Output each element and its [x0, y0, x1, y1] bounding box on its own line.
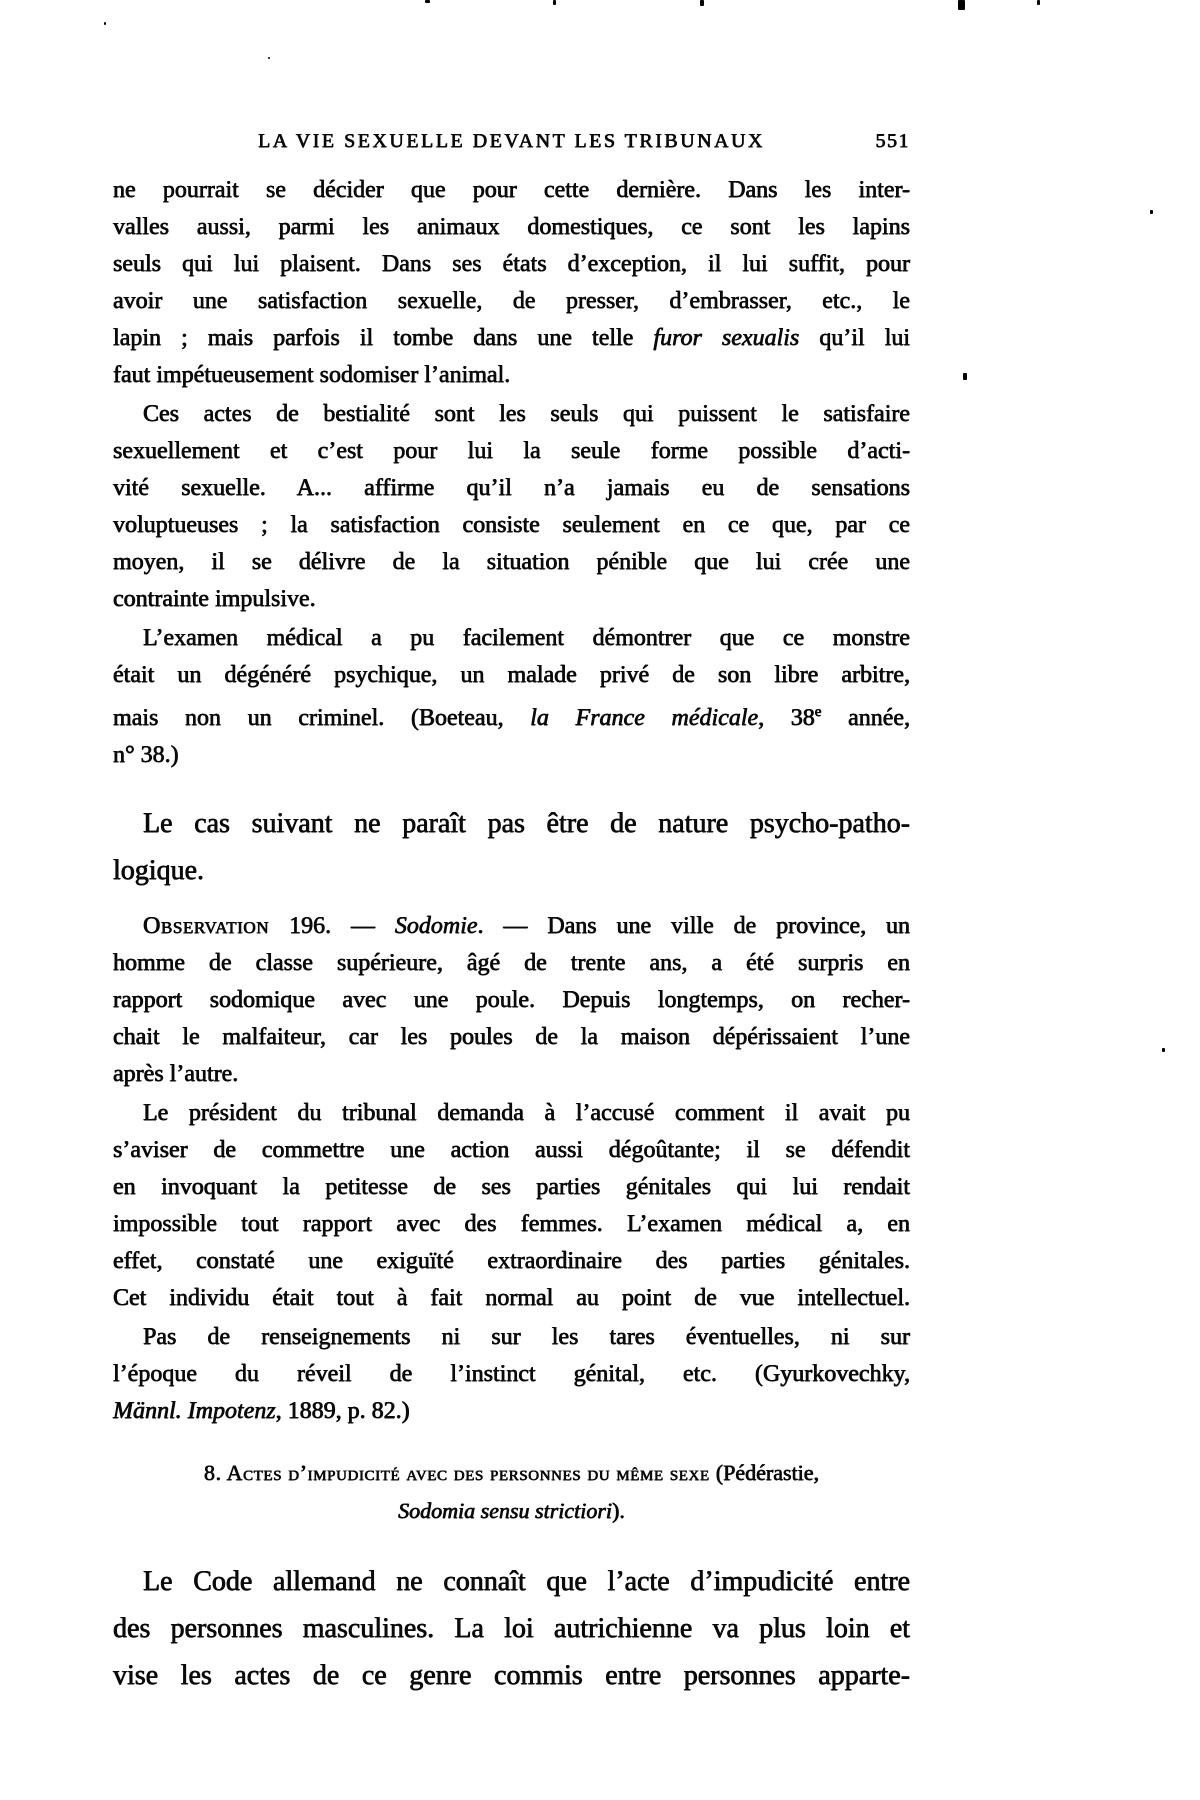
text-segment: sexuellement et c’est pour lui la seule … — [113, 438, 910, 464]
text-segment: 8. Actes d’impudicité avec des personnes… — [204, 1460, 716, 1485]
text-segment: 196. — — [269, 913, 395, 939]
text-segment: furor sexualis — [653, 325, 799, 351]
text-line: contrainte impulsive. — [113, 581, 910, 618]
scan-artifact — [425, 0, 430, 3]
text-line: Le cas suivant ne paraît pas être de nat… — [113, 800, 910, 847]
text-segment: effet, constaté une exiguïté extraordina… — [113, 1248, 910, 1274]
text-segment: vise les actes de ce genre commis entre … — [113, 1660, 910, 1691]
text-line: des personnes masculines. La loi autrich… — [113, 1605, 910, 1652]
scan-artifact — [1150, 210, 1153, 214]
text-segment: l’époque du réveil de l’instinct génital… — [113, 1361, 910, 1387]
text-line: L’examen médical a pu facilement démontr… — [113, 620, 910, 657]
text-line: avoir une satisfaction sexuelle, de pres… — [113, 283, 910, 320]
text-segment: Observation — [143, 913, 269, 939]
text-segment: , 1889, p. 82.) — [276, 1398, 410, 1424]
text-segment: avoir une satisfaction sexuelle, de pres… — [113, 288, 910, 314]
scan-artifact — [700, 0, 704, 6]
text-segment: Pas de renseignements ni sur les tares é… — [143, 1324, 910, 1350]
text-line: n° 38.) — [113, 737, 910, 774]
text-segment: Sodomie — [395, 913, 478, 939]
text-line: logique. — [113, 847, 910, 894]
observation-196-paragraph: Observation 196. — Sodomie. — Dans une v… — [113, 908, 910, 1093]
continuation-paragraph: ne pourrait se décider que pour cette de… — [113, 172, 910, 394]
page-title: LA VIE SEXUELLE DEVANT LES TRIBUNAUX — [258, 130, 765, 152]
scan-artifact — [104, 22, 106, 25]
text-segment: , 38 — [758, 705, 815, 731]
text-segment: vité sexuelle. A... affirme qu’il n’a ja… — [113, 475, 910, 501]
scan-artifact — [1162, 1048, 1165, 1052]
text-line: Le Code allemand ne connaît que l’acte d… — [113, 1558, 910, 1605]
text-line: l’époque du réveil de l’instinct génital… — [113, 1356, 910, 1393]
text-line: chait le malfaiteur, car les poules de l… — [113, 1019, 910, 1056]
text-segment: qu’il lui — [799, 325, 910, 351]
text-segment: . — Dans une ville de province, un — [478, 913, 911, 939]
text-line: vise les actes de ce genre commis entre … — [113, 1652, 910, 1699]
text-segment: moyen, il se délivre de la situation pén… — [113, 549, 910, 575]
text-segment: Männl. Impotenz — [113, 1398, 276, 1424]
text-line: ne pourrait se décider que pour cette de… — [113, 172, 910, 209]
text-segment: mais non un criminel. (Boeteau, — [113, 705, 530, 731]
text-line: moyen, il se délivre de la situation pén… — [113, 544, 910, 581]
tribunal-president-paragraph: Le président du tribunal demanda à l’acc… — [113, 1095, 910, 1317]
text-column: ne pourrait se décider que pour cette de… — [113, 172, 910, 1699]
text-segment: L’examen médical a pu facilement démontr… — [143, 625, 910, 651]
text-segment: des personnes masculines. La loi autrich… — [113, 1613, 910, 1644]
text-segment: s’aviser de commettre une action aussi d… — [113, 1137, 910, 1163]
text-segment: valles aussi, parmi les animaux domestiq… — [113, 214, 910, 240]
text-line: homme de classe supérieure, âgé de trent… — [113, 945, 910, 982]
text-line: Observation 196. — Sodomie. — Dans une v… — [113, 908, 910, 945]
text-line: vité sexuelle. A... affirme qu’il n’a ja… — [113, 470, 910, 507]
text-line: Cet individu était tout à fait normal au… — [113, 1280, 910, 1317]
text-segment: était un dégénéré psychique, un malade p… — [113, 662, 910, 688]
text-segment: en invoquant la petitesse de ses parties… — [113, 1174, 910, 1200]
text-line: mais non un criminel. (Boeteau, la Franc… — [113, 694, 910, 737]
text-line: s’aviser de commettre une action aussi d… — [113, 1132, 910, 1169]
text-segment: voluptueuses ; la satisfaction consiste … — [113, 512, 910, 538]
scan-artifact — [963, 373, 967, 380]
text-segment: homme de classe supérieure, âgé de trent… — [113, 950, 910, 976]
text-line: après l’autre. — [113, 1056, 910, 1093]
scan-artifact — [553, 0, 556, 5]
text-segment: chait le malfaiteur, car les poules de l… — [113, 1024, 910, 1050]
text-segment: Sodomia sensu strictiori — [398, 1498, 612, 1523]
text-line: sexuellement et c’est pour lui la seule … — [113, 433, 910, 470]
text-line: effet, constaté une exiguïté extraordina… — [113, 1243, 910, 1280]
text-line: seuls qui lui plaisent. Dans ses états d… — [113, 246, 910, 283]
text-segment: faut impétueusement sodomiser l’animal. — [113, 362, 510, 388]
scan-artifact — [958, 0, 965, 10]
text-segment: logique. — [113, 855, 204, 886]
text-segment: ne pourrait se décider que pour cette de… — [113, 177, 910, 203]
text-segment: la France médicale — [530, 705, 758, 731]
running-header: LA VIE SEXUELLE DEVANT LES TRIBUNAUX 551 — [113, 130, 910, 153]
text-line: Männl. Impotenz, 1889, p. 82.) — [113, 1393, 910, 1430]
text-line: était un dégénéré psychique, un malade p… — [113, 657, 910, 694]
no-information-paragraph: Pas de renseignements ni sur les tares é… — [113, 1319, 910, 1430]
text-line: voluptueuses ; la satisfaction consiste … — [113, 507, 910, 544]
text-line: Le président du tribunal demanda à l’acc… — [113, 1095, 910, 1132]
text-segment: ). — [612, 1498, 625, 1523]
text-segment: Le président du tribunal demanda à l’acc… — [143, 1100, 910, 1126]
text-segment: (Pédérastie, — [716, 1460, 819, 1485]
scanned-book-page: LA VIE SEXUELLE DEVANT LES TRIBUNAUX 551… — [0, 0, 1200, 1800]
text-segment: année, — [821, 705, 910, 731]
text-line: Ces actes de bestialité sont les seuls q… — [113, 396, 910, 433]
bestiality-acts-paragraph: Ces actes de bestialité sont les seuls q… — [113, 396, 910, 618]
text-line: en invoquant la petitesse de ses parties… — [113, 1169, 910, 1206]
text-segment: rapport sodomique avec une poule. Depuis… — [113, 987, 910, 1013]
scan-artifact — [268, 57, 270, 59]
text-line: rapport sodomique avec une poule. Depuis… — [113, 982, 910, 1019]
page-number: 551 — [876, 130, 911, 153]
text-segment: après l’autre. — [113, 1061, 238, 1087]
text-segment: Cet individu était tout à fait normal au… — [113, 1285, 910, 1311]
text-line: impossible tout rapport avec des femmes.… — [113, 1206, 910, 1243]
text-line: 8. Actes d’impudicité avec des personnes… — [113, 1454, 910, 1492]
transition-paragraph: Le cas suivant ne paraît pas être de nat… — [113, 800, 910, 894]
text-segment: Le Code allemand ne connaît que l’acte d… — [143, 1566, 910, 1597]
text-line: lapin ; mais parfois il tombe dans une t… — [113, 320, 910, 357]
text-segment: n° 38.) — [113, 742, 179, 768]
text-segment: Le cas suivant ne paraît pas être de nat… — [143, 808, 910, 839]
german-code-paragraph: Le Code allemand ne connaît que l’acte d… — [113, 1558, 910, 1699]
scan-artifact — [1037, 0, 1040, 5]
text-line: faut impétueusement sodomiser l’animal. — [113, 357, 910, 394]
text-line: valles aussi, parmi les animaux domestiq… — [113, 209, 910, 246]
medical-exam-paragraph: L’examen médical a pu facilement démontr… — [113, 620, 910, 774]
text-segment: Ces actes de bestialité sont les seuls q… — [143, 401, 910, 427]
text-line: Pas de renseignements ni sur les tares é… — [113, 1319, 910, 1356]
text-segment: lapin ; mais parfois il tombe dans une t… — [113, 325, 653, 351]
text-segment: contrainte impulsive. — [113, 586, 316, 612]
section-heading: 8. Actes d’impudicité avec des personnes… — [113, 1454, 910, 1530]
text-segment: impossible tout rapport avec des femmes.… — [113, 1211, 910, 1237]
text-segment: seuls qui lui plaisent. Dans ses états d… — [113, 251, 910, 277]
text-line: Sodomia sensu strictiori). — [113, 1492, 910, 1530]
